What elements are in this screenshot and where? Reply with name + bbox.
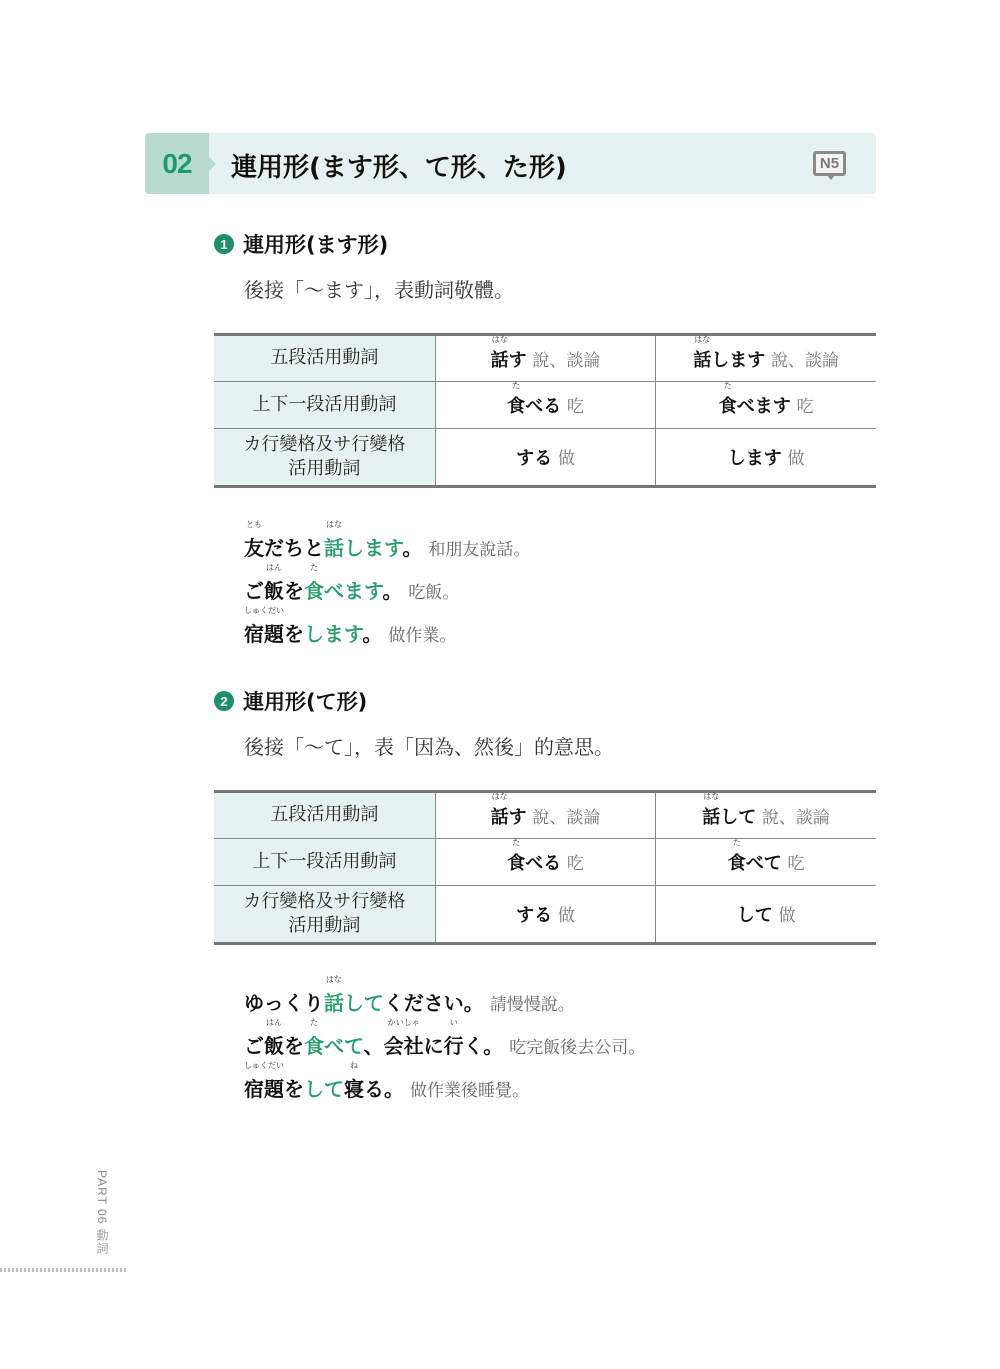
kana: す (509, 807, 527, 828)
translation: 請慢慢說。 (490, 995, 575, 1015)
furigana: はん (266, 1017, 282, 1028)
sentence-text: して (344, 991, 384, 1015)
kana: べる (525, 396, 561, 417)
example-sentence: とも友だちとはな話します。和朋友說話。 (244, 532, 530, 561)
kanji: 話 (491, 807, 509, 828)
kanji: 食 (728, 853, 746, 874)
sentence-text: に (424, 1034, 444, 1058)
furigana: はな (703, 791, 719, 802)
sentence-text: だちと (264, 536, 324, 560)
gloss: 吃 (787, 854, 804, 874)
kanji-with-furigana: とも友 (244, 532, 264, 561)
sentence-text: を (284, 1034, 304, 1058)
kanji-with-furigana: はん飯 (264, 575, 284, 604)
sentence-text: します (304, 622, 362, 646)
kanji: 食 (719, 396, 737, 417)
furigana: はな (492, 334, 508, 345)
sentence-text: る。 (364, 1077, 404, 1101)
subsection-heading-1: 1 連用形(ます形) (214, 229, 388, 259)
furigana: かいしゃ (388, 1017, 420, 1028)
gloss: 吃 (567, 854, 584, 874)
number-circle-icon: 1 (214, 234, 234, 254)
sentence-text: して (304, 1077, 344, 1101)
kanji-with-furigana: しゅくだい宿題 (244, 618, 284, 647)
category-line: 活用動詞 (214, 457, 435, 481)
gloss: 做 (558, 906, 575, 926)
furigana: た (733, 837, 741, 848)
section-header: 02 連用形(ます形、て形、た形) N5 (145, 133, 876, 194)
sentence-text: 、 (364, 1034, 384, 1058)
furigana: た (310, 562, 318, 573)
example-sentence: しゅくだい宿題をします。做作業。 (244, 618, 456, 647)
base-form-cell: はな話す 說、談論 (435, 792, 655, 839)
base-form-cell: する 做 (435, 886, 655, 944)
table-row: 上下一段活用動詞 た食べる 吃 た食べて 吃 (214, 839, 876, 886)
furigana: はな (694, 334, 710, 345)
furigana: た (310, 1017, 318, 1028)
kana: べます (737, 396, 791, 417)
sentence-text: 。 (402, 536, 422, 560)
translation: 做作業。 (388, 626, 456, 646)
conjugated-form-cell: た食べて 吃 (656, 839, 876, 886)
kana: して (720, 807, 756, 828)
kana: する (516, 448, 552, 469)
number-circle-icon: 2 (214, 691, 234, 711)
kanji: 話 (491, 350, 509, 371)
kanji: 食 (507, 853, 525, 874)
sentence-text: ゆっくり (244, 991, 324, 1015)
table-row: 五段活用動詞 はな話す 說、談論 はな話して 說、談論 (214, 792, 876, 839)
category-line: カ行變格及サ行變格 (214, 433, 435, 457)
subsection-description: 後接「～て」，表「因為、然後」的意思。 (244, 731, 614, 760)
sentence-text: を (284, 1077, 304, 1101)
example-sentence: ごはん飯をた食べて、かいしゃ会社にい行く。吃完飯後去公司。 (244, 1030, 645, 1059)
gloss: 做 (558, 449, 575, 469)
furigana: た (512, 380, 520, 391)
gloss: 做 (778, 906, 795, 926)
kana: す (509, 350, 527, 371)
base-form-cell: た食べる 吃 (435, 839, 655, 886)
furigana: た (724, 380, 732, 391)
furigana: しゅくだい (244, 605, 284, 616)
kanji-with-furigana: はん飯 (264, 1030, 284, 1059)
chapter-side-tab: PART 06 動詞 (94, 1170, 111, 1255)
base-form-cell: た食べる 吃 (435, 382, 655, 429)
kanji-with-furigana: かいしゃ会社 (384, 1030, 424, 1059)
kanji-with-furigana: はな話 (324, 987, 344, 1016)
example-sentence: ごはん飯をた食べます。吃飯。 (244, 575, 459, 604)
example-sentence: ゆっくりはな話してください。請慢慢說。 (244, 987, 575, 1016)
kana: します (711, 350, 765, 371)
gloss: 吃 (567, 397, 584, 417)
kanji-with-furigana: た食 (304, 1030, 324, 1059)
table-row: カ行變格及サ行變格 活用動詞 する 做 して 做 (214, 886, 876, 944)
gloss: 做 (787, 449, 804, 469)
kanji: 食 (507, 396, 525, 417)
conjugated-form-cell: します 做 (656, 429, 876, 487)
translation: 和朋友說話。 (428, 540, 530, 560)
gloss: 說、談論 (532, 808, 600, 828)
furigana: はな (326, 974, 342, 985)
sentence-text: を (284, 579, 304, 603)
sentence-text: ください。 (384, 991, 484, 1015)
kana: して (737, 905, 773, 926)
subsection-description: 後接「～ます」，表動詞敬體。 (244, 274, 514, 303)
table-row: 上下一段活用動詞 た食べる 吃 た食べます 吃 (214, 382, 876, 429)
sentence-text: 。 (362, 622, 382, 646)
conjugation-table-2: 五段活用動詞 はな話す 說、談論 はな話して 說、談論 上下一段活用動詞 た食べ… (214, 790, 876, 945)
example-sentence: しゅくだい宿題をしてね寝る。做作業後睡覺。 (244, 1073, 529, 1102)
kanji-with-furigana: はな話 (324, 532, 344, 561)
furigana: ね (350, 1060, 358, 1071)
section-number: 02 (145, 133, 209, 194)
sentence-text: ご (244, 1034, 264, 1058)
sentence-text: べて (324, 1034, 364, 1058)
conjugation-table-1: 五段活用動詞 はな話す 說、談論 はな話します 說、談論 上下一段活用動詞 た食… (214, 333, 876, 488)
base-form-cell: する 做 (435, 429, 655, 487)
table-row: カ行變格及サ行變格 活用動詞 する 做 します 做 (214, 429, 876, 487)
table-row: 五段活用動詞 はな話す 說、談論 はな話します 說、談論 (214, 335, 876, 382)
furigana: とも (246, 519, 262, 530)
category-line: カ行變格及サ行變格 (214, 890, 435, 914)
translation: 做作業後睡覺。 (410, 1081, 529, 1101)
category-cell: カ行變格及サ行變格 活用動詞 (214, 886, 435, 944)
dotted-divider (0, 1268, 126, 1272)
section-title: 連用形(ます形、て形、た形) (231, 147, 567, 184)
sentence-text: 。 (382, 579, 402, 603)
kana: べて (746, 853, 782, 874)
category-line: 活用動詞 (214, 914, 435, 938)
furigana: はん (266, 562, 282, 573)
sentence-text: します (344, 536, 402, 560)
kanji-with-furigana: しゅくだい宿題 (244, 1073, 284, 1102)
subsection-heading-2: 2 連用形(て形) (214, 686, 367, 716)
kana: する (516, 905, 552, 926)
translation: 吃完飯後去公司。 (509, 1038, 645, 1058)
furigana: た (512, 837, 520, 848)
conjugated-form-cell: はな話します 說、談論 (656, 335, 876, 382)
conjugated-form-cell: はな話して 說、談論 (656, 792, 876, 839)
sentence-text: を (284, 622, 304, 646)
furigana: はな (326, 519, 342, 530)
category-cell: カ行變格及サ行變格 活用動詞 (214, 429, 435, 487)
sentence-text: ご (244, 579, 264, 603)
gloss: 說、談論 (771, 351, 839, 371)
subsection-title: 連用形(ます形) (243, 229, 388, 259)
category-cell: 五段活用動詞 (214, 335, 435, 382)
gloss: 說、談論 (532, 351, 600, 371)
furigana: い (450, 1017, 458, 1028)
furigana: はな (492, 791, 508, 802)
kanji: 話 (693, 350, 711, 371)
kanji-with-furigana: た食 (304, 575, 324, 604)
translation: 吃飯。 (408, 583, 459, 603)
gloss: 說、談論 (762, 808, 830, 828)
gloss: 吃 (796, 397, 813, 417)
base-form-cell: はな話す 說、談論 (435, 335, 655, 382)
sentence-text: べます (324, 579, 382, 603)
category-cell: 五段活用動詞 (214, 792, 435, 839)
kanji: 話 (702, 807, 720, 828)
kanji-with-furigana: い行 (444, 1030, 464, 1059)
subsection-title: 連用形(て形) (243, 686, 367, 716)
kanji-with-furigana: ね寝 (344, 1073, 364, 1102)
level-badge-icon: N5 (813, 151, 846, 176)
conjugated-form-cell: して 做 (656, 886, 876, 944)
furigana: しゅくだい (244, 1060, 284, 1071)
conjugated-form-cell: た食べます 吃 (656, 382, 876, 429)
sentence-text: く。 (464, 1034, 504, 1058)
kana: べる (525, 853, 561, 874)
category-cell: 上下一段活用動詞 (214, 382, 435, 429)
category-cell: 上下一段活用動詞 (214, 839, 435, 886)
kana: します (728, 448, 782, 469)
